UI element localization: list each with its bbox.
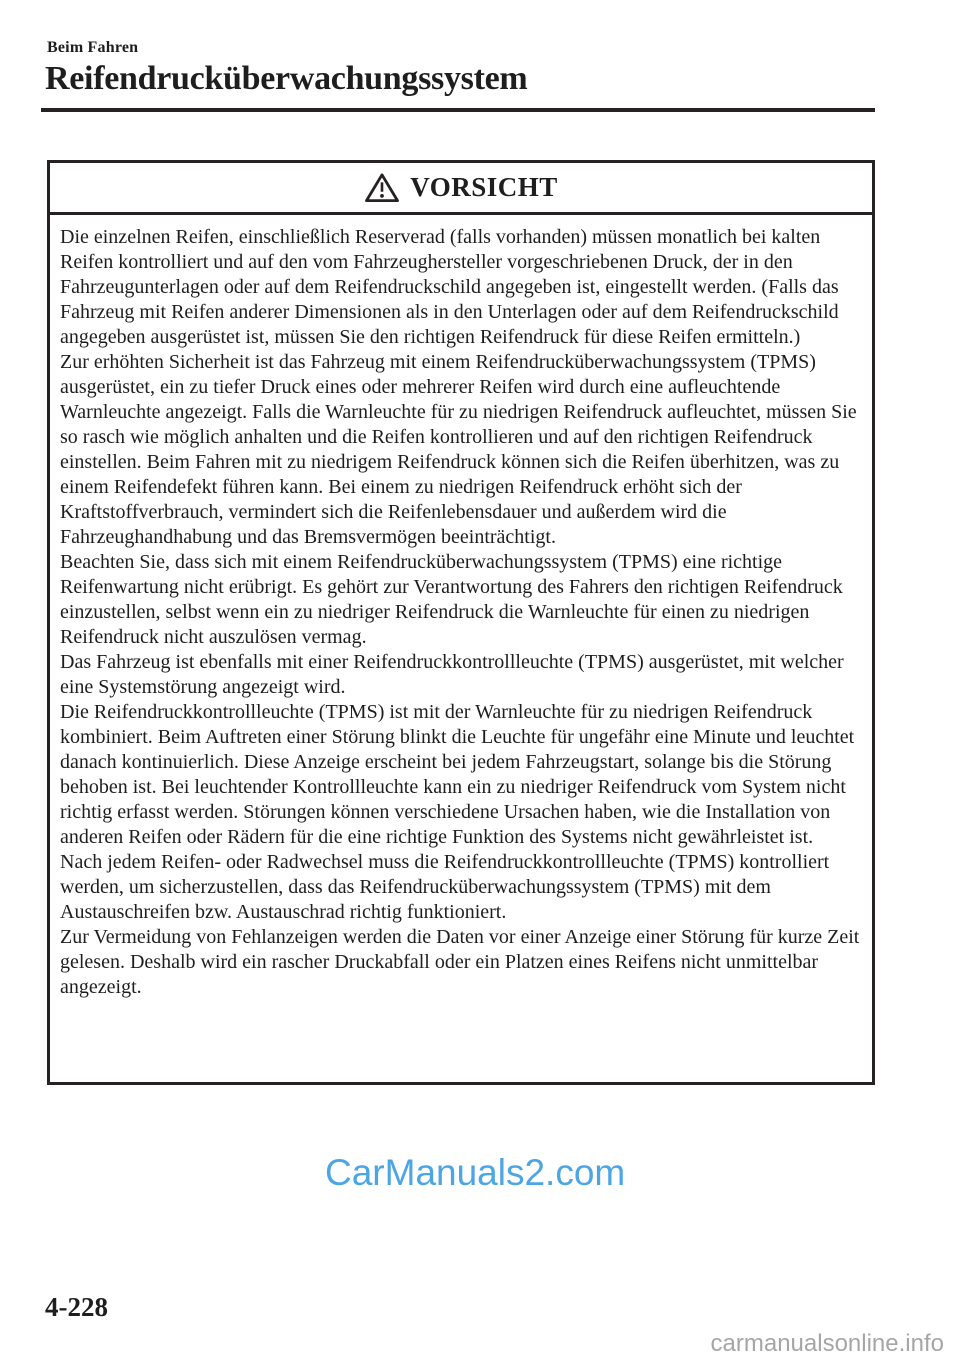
warning-paragraph: Die einzelnen Reifen, einschließlich Res…: [60, 225, 860, 350]
page-number: 4-228: [45, 1292, 108, 1323]
warning-paragraph: Zur erhöhten Sicherheit ist das Fahrzeug…: [60, 350, 860, 550]
warning-title: VORSICHT: [410, 172, 558, 203]
warning-body: Die einzelnen Reifen, einschließlich Res…: [50, 215, 872, 1000]
warning-paragraph: Die Reifendruckkontrollleuchte (TPMS) is…: [60, 700, 860, 925]
page-title: Reifendrucküberwachungssystem: [45, 60, 527, 98]
warning-header: VORSICHT: [50, 163, 872, 215]
warning-box: VORSICHT Die einzelnen Reifen, einschlie…: [47, 160, 875, 1085]
watermark-carmanualsonline: carmanualsonline.info: [711, 1330, 944, 1358]
manual-page: Beim Fahren Reifendrucküberwachungssyste…: [0, 0, 960, 1363]
warning-triangle-icon: [364, 172, 400, 203]
title-rule: [41, 108, 875, 112]
warning-paragraph: Beachten Sie, dass sich mit einem Reifen…: [60, 550, 860, 650]
watermark-carmanuals2: CarManuals2.com: [325, 1152, 625, 1194]
section-label: Beim Fahren: [47, 39, 138, 57]
warning-paragraph: Zur Vermeidung von Fehlanzeigen werden d…: [60, 925, 860, 1000]
warning-paragraph: Das Fahrzeug ist ebenfalls mit einer Rei…: [60, 650, 860, 700]
